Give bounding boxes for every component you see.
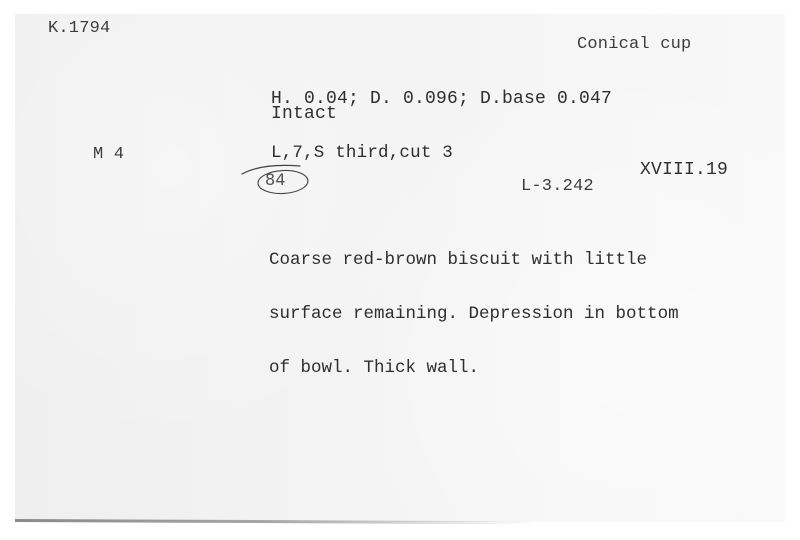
description-line: of bowl. Thick wall. xyxy=(269,359,679,377)
findspot: L,7,S third,cut 3 xyxy=(271,145,453,162)
inventory-number: L-3.242 xyxy=(521,178,594,195)
condition: Intact xyxy=(271,106,337,123)
object-name: Conical cup xyxy=(577,36,691,53)
catalog-number: K.1794 xyxy=(48,20,110,37)
description-line: surface remaining. Depression in bottom xyxy=(269,305,679,323)
description: Coarse red-brown biscuit with little sur… xyxy=(269,215,679,395)
lot-number: 84 xyxy=(265,171,286,188)
grid-reference: XVIII.19 xyxy=(640,162,728,179)
shelf-mark: M 4 xyxy=(93,146,124,163)
description-line: Coarse red-brown biscuit with little xyxy=(269,251,679,269)
